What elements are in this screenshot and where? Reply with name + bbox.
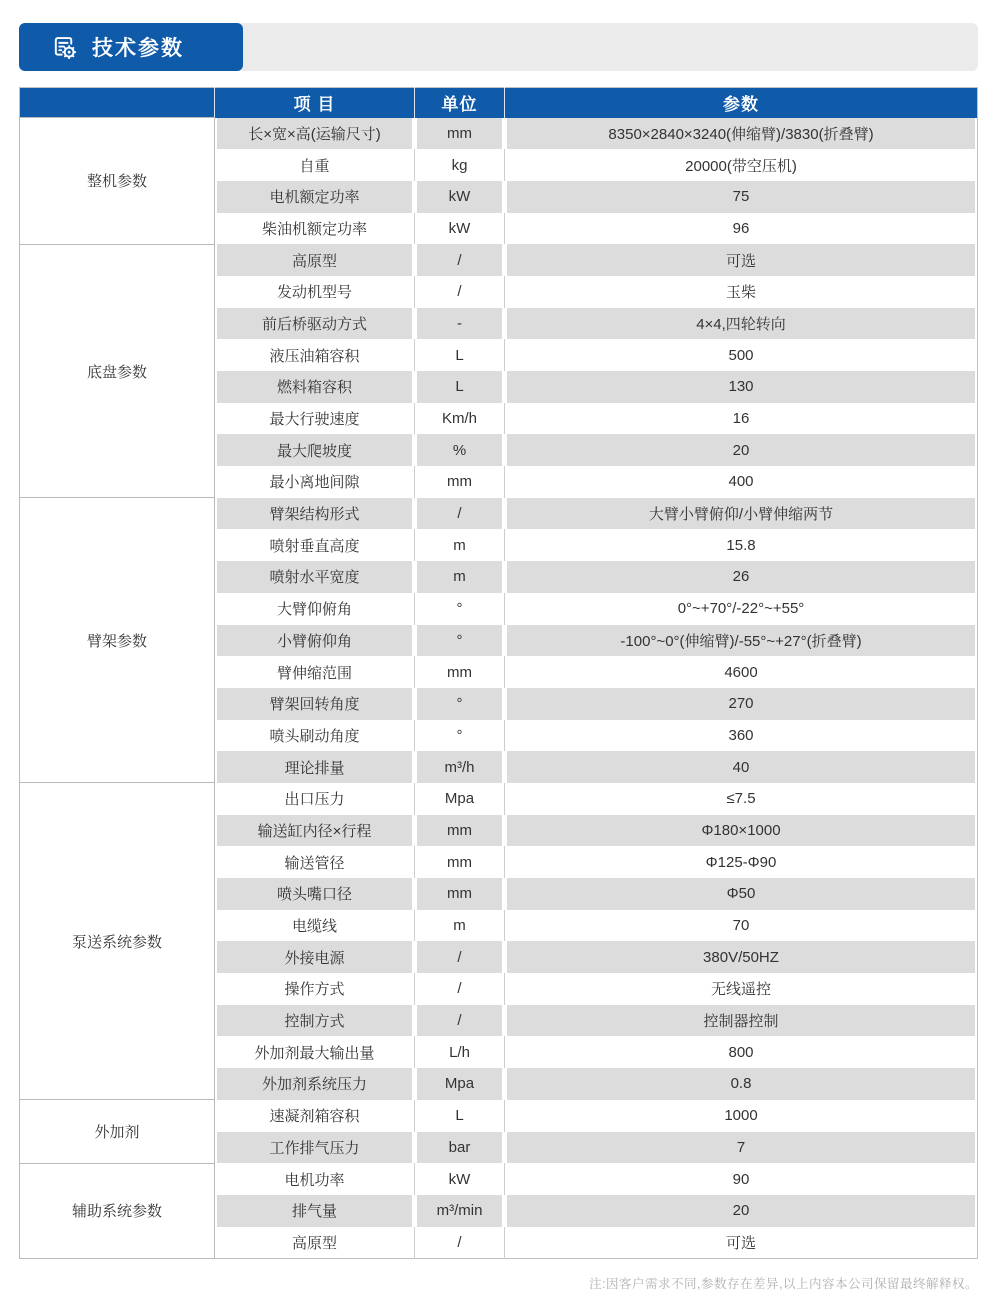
- item-cell: 燃料箱容积: [215, 371, 415, 403]
- item-cell: 小臂俯仰角: [215, 625, 415, 657]
- disclaimer-note: 注:因客户需求不同,参数存在差异,以上内容本公司保留最终解释权。: [589, 1274, 978, 1292]
- value-cell: 4600: [505, 656, 978, 688]
- spec-table-container: 项 目 单位 参数 整机参数长×宽×高(运输尺寸)mm8350×2840×324…: [19, 87, 978, 1259]
- unit-cell: /: [415, 973, 505, 1005]
- unit-cell: Mpa: [415, 783, 505, 815]
- category-cell: 臂架参数: [20, 498, 215, 783]
- unit-cell: m³/h: [415, 751, 505, 783]
- section-title-badge: 技术参数: [19, 23, 243, 71]
- value-cell: 360: [505, 720, 978, 752]
- category-cell: 辅助系统参数: [20, 1163, 215, 1259]
- value-column-header: 参数: [505, 88, 978, 118]
- item-cell: 长×宽×高(运输尺寸): [215, 118, 415, 150]
- table-row: 臂架参数臂架结构形式/大臂小臂俯仰/小臂伸缩两节: [20, 498, 978, 530]
- value-cell: 90: [505, 1163, 978, 1195]
- item-cell: 排气量: [215, 1195, 415, 1227]
- item-cell: 输送管径: [215, 846, 415, 878]
- unit-cell: kW: [415, 1163, 505, 1195]
- table-header-row: 项 目 单位 参数: [20, 88, 978, 118]
- unit-cell: /: [415, 244, 505, 276]
- category-cell: 外加剂: [20, 1100, 215, 1163]
- unit-cell: kg: [415, 149, 505, 181]
- unit-cell: kW: [415, 181, 505, 213]
- item-cell: 高原型: [215, 1227, 415, 1259]
- unit-cell: /: [415, 941, 505, 973]
- item-cell: 喷射垂直高度: [215, 529, 415, 561]
- item-cell: 前后桥驱动方式: [215, 308, 415, 340]
- item-cell: 高原型: [215, 244, 415, 276]
- item-cell: 外加剂最大输出量: [215, 1036, 415, 1068]
- item-cell: 出口压力: [215, 783, 415, 815]
- item-cell: 速凝剂箱容积: [215, 1100, 415, 1132]
- unit-cell: mm: [415, 878, 505, 910]
- value-cell: 大臂小臂俯仰/小臂伸缩两节: [505, 498, 978, 530]
- item-column-header: 项 目: [215, 88, 415, 118]
- item-cell: 理论排量: [215, 751, 415, 783]
- category-cell: 底盘参数: [20, 244, 215, 498]
- item-cell: 电机额定功率: [215, 181, 415, 213]
- item-cell: 外加剂系统压力: [215, 1068, 415, 1100]
- value-cell: 0.8: [505, 1068, 978, 1100]
- value-cell: 70: [505, 910, 978, 942]
- item-cell: 喷射水平宽度: [215, 561, 415, 593]
- value-cell: 500: [505, 339, 978, 371]
- spec-table: 项 目 单位 参数 整机参数长×宽×高(运输尺寸)mm8350×2840×324…: [19, 87, 978, 1259]
- value-cell: 26: [505, 561, 978, 593]
- unit-cell: mm: [415, 815, 505, 847]
- value-cell: -100°~0°(伸缩臂)/-55°~+27°(折叠臂): [505, 625, 978, 657]
- value-cell: Φ180×1000: [505, 815, 978, 847]
- item-cell: 输送缸内径×行程: [215, 815, 415, 847]
- unit-cell: m: [415, 561, 505, 593]
- unit-cell: Km/h: [415, 403, 505, 435]
- unit-cell: /: [415, 1227, 505, 1259]
- table-row: 外加剂速凝剂箱容积L1000: [20, 1100, 978, 1132]
- item-cell: 控制方式: [215, 1005, 415, 1037]
- value-cell: 800: [505, 1036, 978, 1068]
- item-cell: 操作方式: [215, 973, 415, 1005]
- category-column-header: [20, 88, 215, 118]
- item-cell: 发动机型号: [215, 276, 415, 308]
- unit-cell: °: [415, 720, 505, 752]
- item-cell: 工作排气压力: [215, 1132, 415, 1164]
- category-cell: 整机参数: [20, 118, 215, 245]
- item-cell: 自重: [215, 149, 415, 181]
- value-cell: 可选: [505, 244, 978, 276]
- item-cell: 喷头刷动角度: [215, 720, 415, 752]
- value-cell: 15.8: [505, 529, 978, 561]
- value-cell: 20: [505, 1195, 978, 1227]
- item-cell: 柴油机额定功率: [215, 213, 415, 245]
- category-cell: 泵送系统参数: [20, 783, 215, 1100]
- item-cell: 最大行驶速度: [215, 403, 415, 435]
- value-cell: 玉柴: [505, 276, 978, 308]
- unit-cell: °: [415, 593, 505, 625]
- value-cell: ≤7.5: [505, 783, 978, 815]
- item-cell: 电缆线: [215, 910, 415, 942]
- unit-column-header: 单位: [415, 88, 505, 118]
- unit-cell: m³/min: [415, 1195, 505, 1227]
- value-cell: 130: [505, 371, 978, 403]
- item-cell: 喷头嘴口径: [215, 878, 415, 910]
- unit-cell: kW: [415, 213, 505, 245]
- item-cell: 臂架回转角度: [215, 688, 415, 720]
- item-cell: 电机功率: [215, 1163, 415, 1195]
- unit-cell: /: [415, 276, 505, 308]
- value-cell: Φ50: [505, 878, 978, 910]
- item-cell: 大臂仰俯角: [215, 593, 415, 625]
- item-cell: 最大爬坡度: [215, 434, 415, 466]
- value-cell: 20: [505, 434, 978, 466]
- section-title: 技术参数: [92, 32, 184, 62]
- table-row: 泵送系统参数出口压力Mpa≤7.5: [20, 783, 978, 815]
- value-cell: Φ125-Φ90: [505, 846, 978, 878]
- value-cell: 16: [505, 403, 978, 435]
- item-cell: 液压油箱容积: [215, 339, 415, 371]
- unit-cell: mm: [415, 466, 505, 498]
- value-cell: 可选: [505, 1227, 978, 1259]
- spec-document-gear-icon: [51, 34, 78, 61]
- value-cell: 1000: [505, 1100, 978, 1132]
- value-cell: 控制器控制: [505, 1005, 978, 1037]
- unit-cell: /: [415, 1005, 505, 1037]
- unit-cell: mm: [415, 118, 505, 150]
- value-cell: 4×4,四轮转向: [505, 308, 978, 340]
- value-cell: 75: [505, 181, 978, 213]
- value-cell: 20000(带空压机): [505, 149, 978, 181]
- value-cell: 7: [505, 1132, 978, 1164]
- table-row: 整机参数长×宽×高(运输尺寸)mm8350×2840×3240(伸缩臂)/383…: [20, 118, 978, 150]
- value-cell: 380V/50HZ: [505, 941, 978, 973]
- value-cell: 无线遥控: [505, 973, 978, 1005]
- unit-cell: L: [415, 1100, 505, 1132]
- value-cell: 0°~+70°/-22°~+55°: [505, 593, 978, 625]
- unit-cell: °: [415, 688, 505, 720]
- unit-cell: L: [415, 371, 505, 403]
- table-row: 底盘参数高原型/可选: [20, 244, 978, 276]
- unit-cell: L/h: [415, 1036, 505, 1068]
- unit-cell: m: [415, 529, 505, 561]
- item-cell: 臂伸缩范围: [215, 656, 415, 688]
- unit-cell: Mpa: [415, 1068, 505, 1100]
- unit-cell: mm: [415, 656, 505, 688]
- unit-cell: /: [415, 498, 505, 530]
- table-row: 辅助系统参数电机功率kW90: [20, 1163, 978, 1195]
- unit-cell: L: [415, 339, 505, 371]
- value-cell: 270: [505, 688, 978, 720]
- item-cell: 最小离地间隙: [215, 466, 415, 498]
- value-cell: 40: [505, 751, 978, 783]
- value-cell: 96: [505, 213, 978, 245]
- value-cell: 400: [505, 466, 978, 498]
- unit-cell: -: [415, 308, 505, 340]
- unit-cell: m: [415, 910, 505, 942]
- item-cell: 臂架结构形式: [215, 498, 415, 530]
- unit-cell: %: [415, 434, 505, 466]
- unit-cell: °: [415, 625, 505, 657]
- value-cell: 8350×2840×3240(伸缩臂)/3830(折叠臂): [505, 118, 978, 150]
- unit-cell: bar: [415, 1132, 505, 1164]
- item-cell: 外接电源: [215, 941, 415, 973]
- unit-cell: mm: [415, 846, 505, 878]
